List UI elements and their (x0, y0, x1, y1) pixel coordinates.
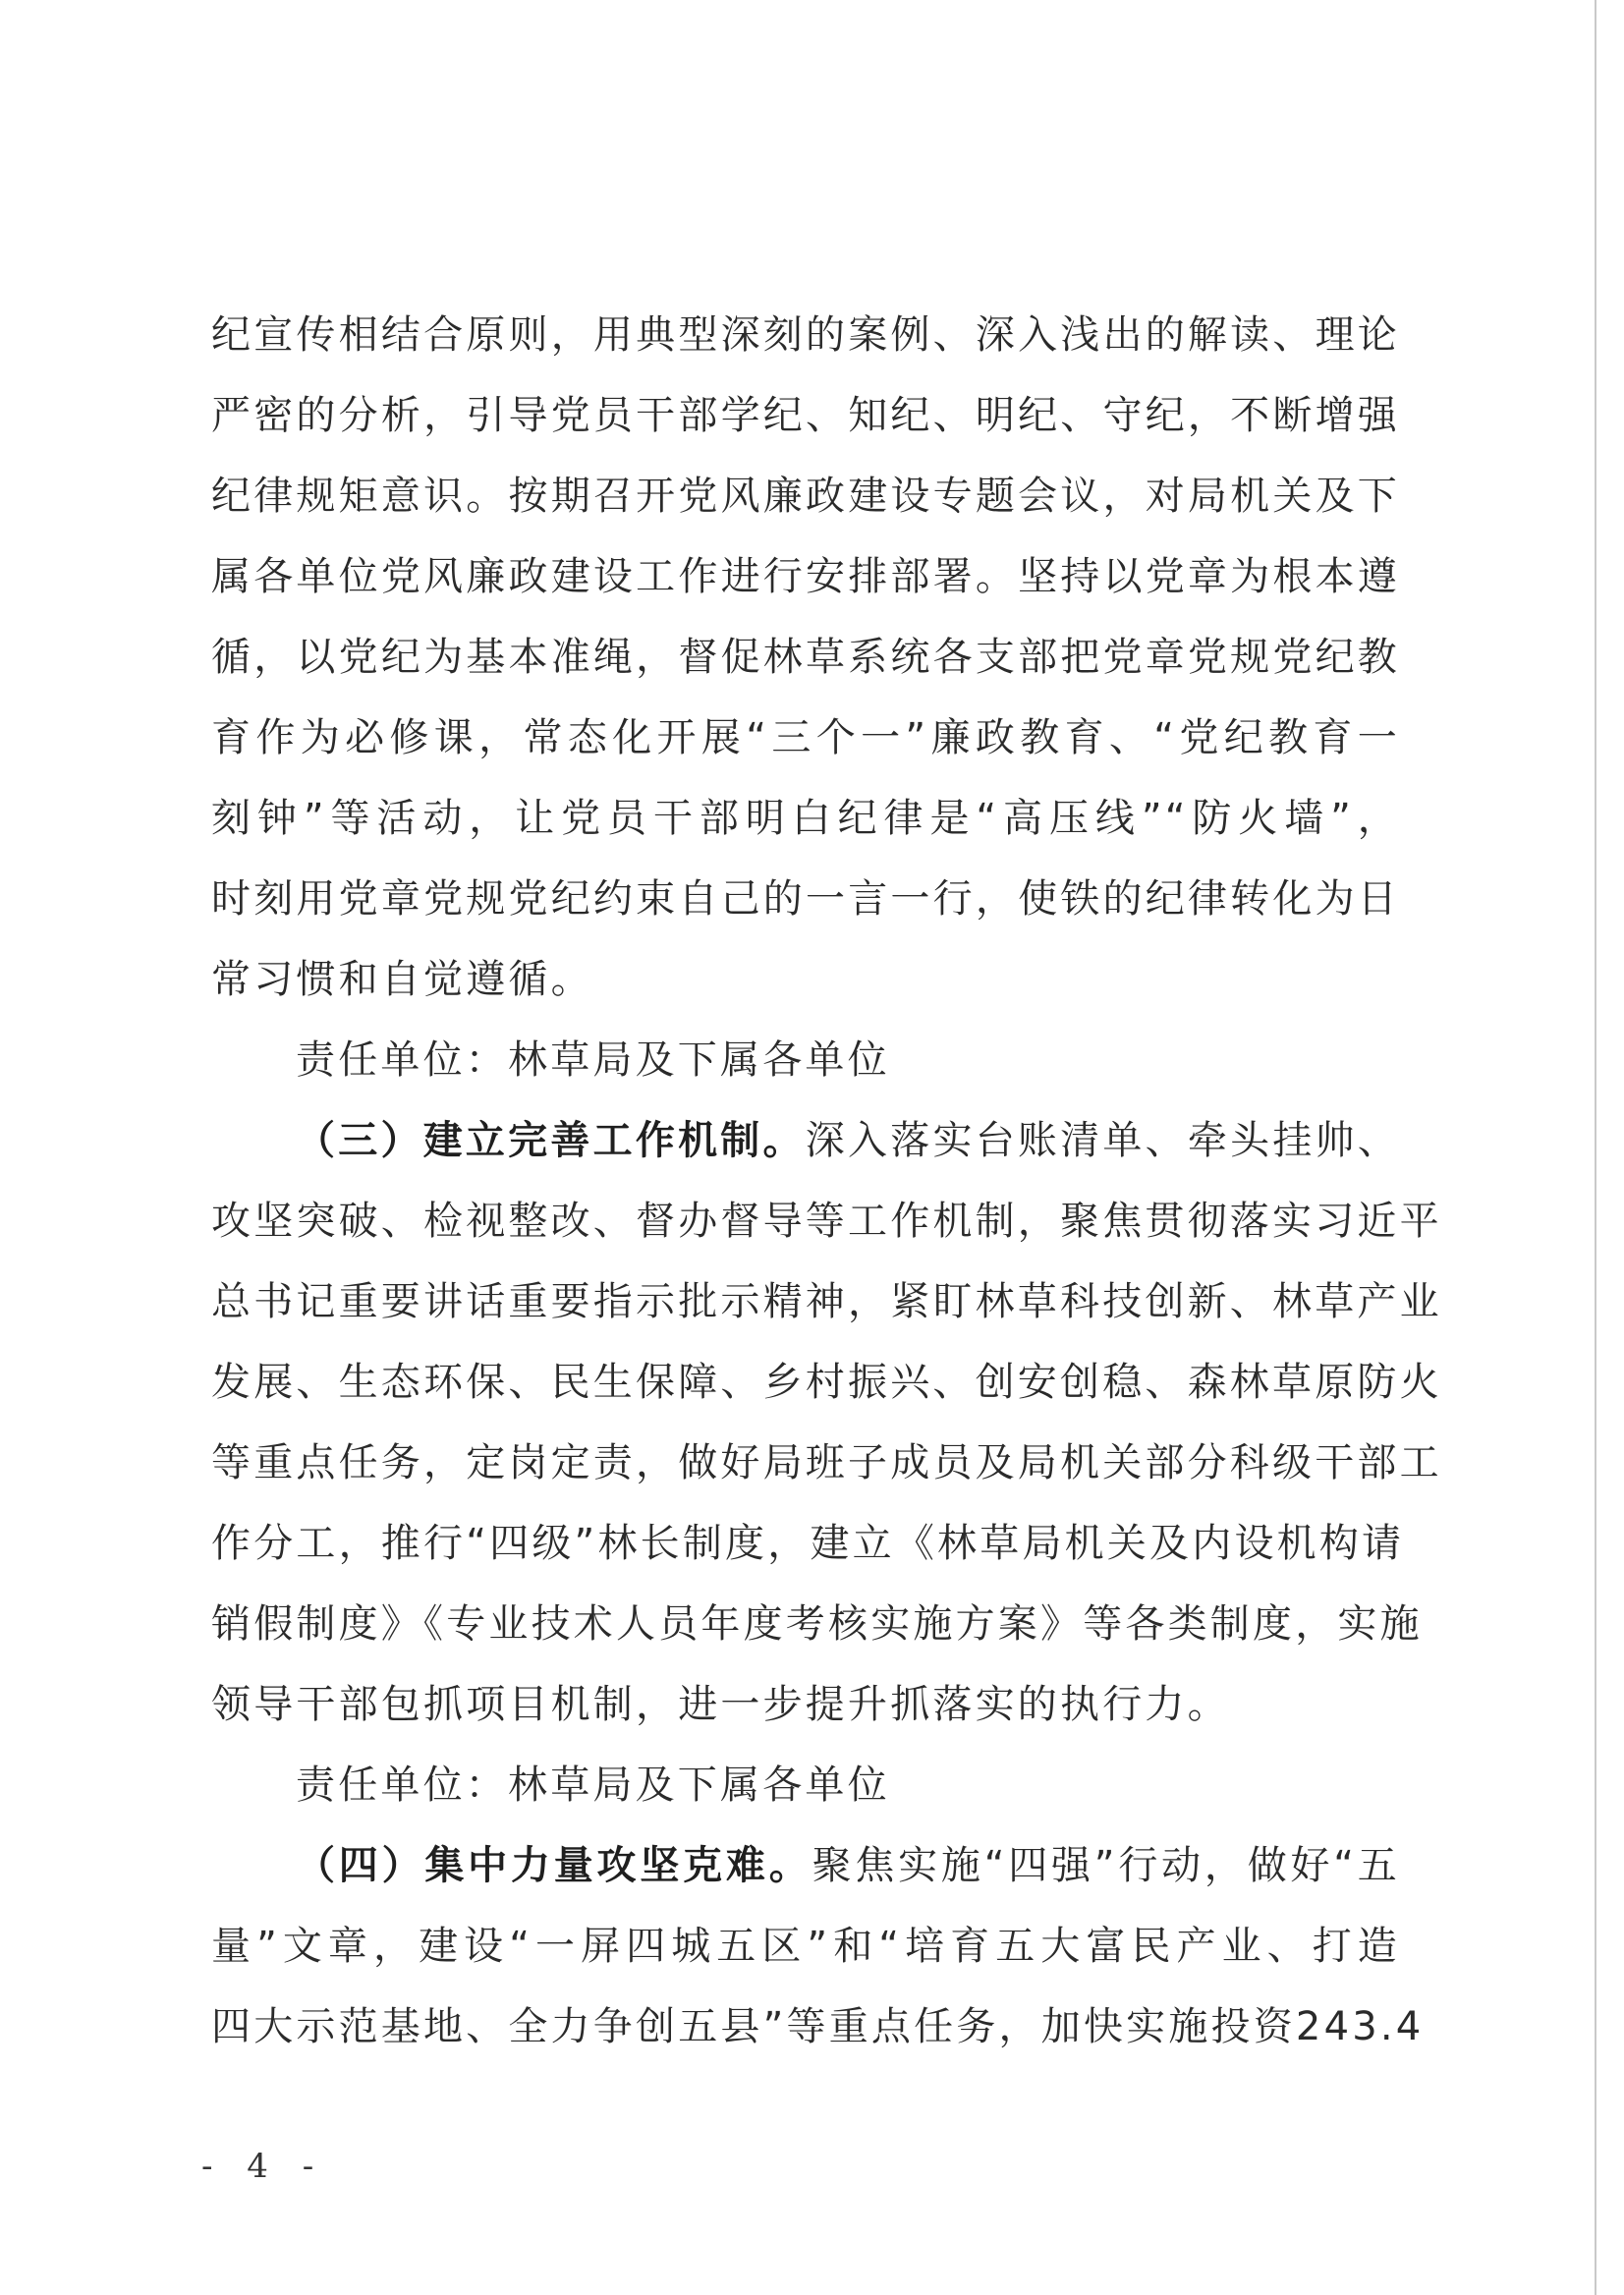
responsibility-unit-2: 责任单位：林草局及下属各单位 (211, 1745, 1400, 1825)
responsibility-value: 林草局及下属各单位 (508, 1763, 890, 1808)
responsibility-unit-1: 责任单位：林草局及下属各单位 (211, 1020, 1400, 1100)
text-line: 纪宣传相结合原则，用典型深刻的案例、深入浅出的解读、理论 (211, 295, 1400, 375)
text-line: 销假制度》《专业技术人员年度考核实施方案》等各类制度，实施 (211, 1584, 1400, 1664)
text-line: 严密的分析，引导党员干部学纪、知纪、明纪、守纪，不断增强 (211, 375, 1400, 456)
text-line: 纪律规矩意识。按期召开党风廉政建设专题会议，对局机关及下 (211, 456, 1400, 536)
section-3-first-line-text: 深入落实台账清单、牵头挂帅、 (806, 1118, 1400, 1163)
section-4-heading: （四）集中力量攻坚克难。 (296, 1842, 812, 1888)
section-4-tackle-difficulties: （四）集中力量攻坚克难。聚焦实施“四强”行动，做好“五 量”文章，建设“一屏四城… (211, 1825, 1400, 2067)
text-line: 时刻用党章党规党纪约束自己的一言一行，使铁的纪律转化为日 (211, 859, 1400, 939)
responsibility-value: 林草局及下属各单位 (508, 1037, 890, 1083)
text-line: 领导干部包抓项目机制，进一步提升抓落实的执行力。 (211, 1664, 1400, 1745)
document-page: 纪宣传相结合原则，用典型深刻的案例、深入浅出的解读、理论 严密的分析，引导党员干… (0, 0, 1624, 2295)
text-line: 循，以党纪为基本准绳，督促林草系统各支部把党章党规党纪教 (211, 617, 1400, 698)
section-3-work-mechanism: （三）建立完善工作机制。深入落实台账清单、牵头挂帅、 攻坚突破、检视整改、督办督… (211, 1100, 1400, 1745)
page-number: - 4 - (201, 2147, 325, 2186)
section-4-first-line-text: 聚焦实施“四强”行动，做好“五 (812, 1843, 1400, 1888)
text-line: 四大示范基地、全力争创五县”等重点任务，加快实施投资243.4 (211, 1987, 1400, 2067)
text-line: 属各单位党风廉政建设工作进行安排部署。坚持以党章为根本遵 (211, 536, 1400, 617)
scan-edge-line (1595, 0, 1596, 2295)
text-line: 育作为必修课，常态化开展“三个一”廉政教育、“党纪教育一 (211, 698, 1400, 778)
section-3-first-line: （三）建立完善工作机制。深入落实台账清单、牵头挂帅、 (211, 1100, 1400, 1181)
text-line: 量”文章，建设“一屏四城五区”和“培育五大富民产业、打造 (211, 1906, 1400, 1987)
body-text: 纪宣传相结合原则，用典型深刻的案例、深入浅出的解读、理论 严密的分析，引导党员干… (211, 295, 1400, 2067)
section-4-first-line: （四）集中力量攻坚克难。聚焦实施“四强”行动，做好“五 (211, 1825, 1400, 1906)
text-line: 总书记重要讲话重要指示批示精神，紧盯林草科技创新、林草产业 (211, 1261, 1400, 1342)
responsibility-label: 责任单位： (296, 1763, 508, 1808)
text-line: 等重点任务，定岗定责，做好局班子成员及局机关部分科级干部工 (211, 1423, 1400, 1503)
paragraph-discipline-education: 纪宣传相结合原则，用典型深刻的案例、深入浅出的解读、理论 严密的分析，引导党员干… (211, 295, 1400, 1020)
text-line: 作分工，推行“四级”林长制度，建立《林草局机关及内设机构请 (211, 1503, 1400, 1584)
section-3-heading: （三）建立完善工作机制。 (296, 1117, 806, 1163)
text-line: 发展、生态环保、民生保障、乡村振兴、创安创稳、森林草原防火 (211, 1342, 1400, 1423)
text-line: 刻钟”等活动，让党员干部明白纪律是“高压线”“防火墙”， (211, 778, 1400, 859)
text-line: 攻坚突破、检视整改、督办督导等工作机制，聚焦贯彻落实习近平 (211, 1181, 1400, 1261)
text-line: 常习惯和自觉遵循。 (211, 939, 1400, 1020)
responsibility-label: 责任单位： (296, 1037, 508, 1083)
